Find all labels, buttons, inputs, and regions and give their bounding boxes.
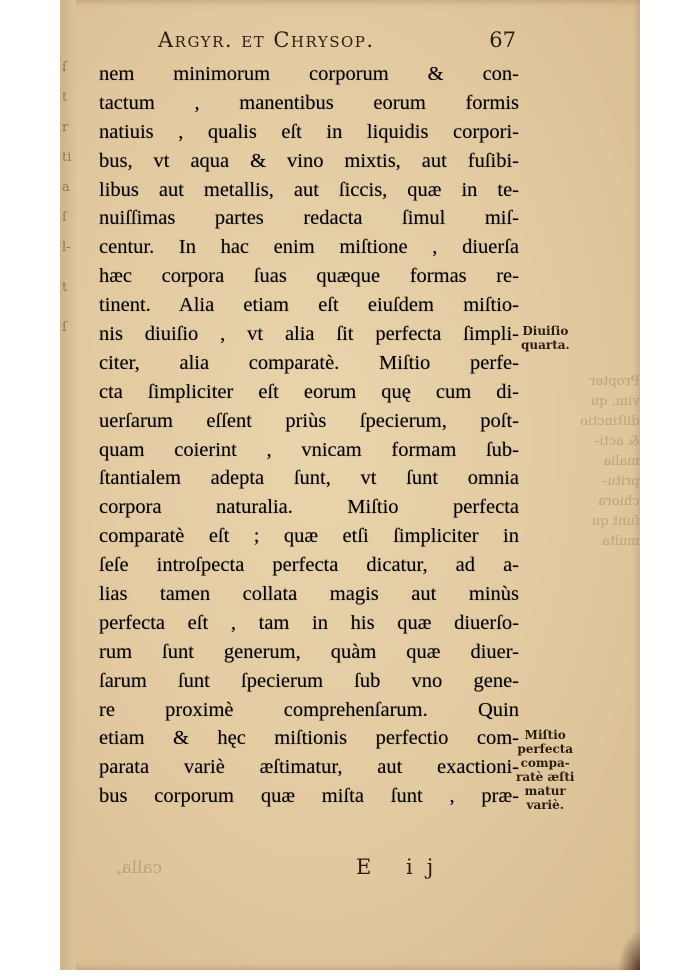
page-number: 67 <box>489 28 516 52</box>
bleed-through-right: Propter vim, qu diſtinctio & acti- malia… <box>580 372 640 552</box>
text-line: parata variè æſtimatur, aut exactioni- <box>99 753 519 782</box>
text-line: lias tamen collata magis aut minùs <box>99 580 519 609</box>
bleed-line: ſunt qu <box>580 512 640 532</box>
text-line: corpora naturalia. Miſtio perfecta <box>99 493 519 522</box>
marginal-line: Miſtio <box>516 728 574 742</box>
marginal-line: compa- <box>516 756 574 770</box>
marginal-line: quarta. <box>521 338 570 352</box>
text-line: centur. In hac enim miſtione , diuerſa <box>99 233 519 262</box>
body-text: nem minimorum corporum & con- tactum , m… <box>99 60 519 811</box>
text-line: perfecta eſt , tam in his quæ diuerſo- <box>99 609 519 638</box>
bleed-line: chiora <box>580 492 640 512</box>
text-line: ſarum ſunt ſpecierum ſub vno gene- <box>99 667 519 696</box>
running-title: Argyr. et Chrysop. <box>158 28 375 52</box>
text-line: uerſarum eſſent priùs ſpecierum, poſt- <box>99 407 519 436</box>
bleed-line: vim, qu <box>580 392 640 412</box>
marginal-line: ratè æſti <box>516 770 574 784</box>
bleed-line: multa <box>580 532 640 552</box>
book-page: ſtr tiaſ l-tſ Argyr. et Chrysop. 67 nem … <box>60 0 640 970</box>
text-line: nis diuiſio , vt alia ſit perfecta ſimpl… <box>99 320 519 349</box>
text-line: cta ſimpliciter eſt eorum quę cum di- <box>99 378 519 407</box>
signature-mark: E ij <box>356 855 447 879</box>
text-line: re proximè comprehenſarum. Quin <box>99 696 519 725</box>
marginal-line: matur <box>516 784 574 798</box>
text-line: etiam & hęc miſtionis perfectio com- <box>99 724 519 753</box>
text-line: hæc corpora ſuas quæque formas re- <box>99 262 519 291</box>
text-line: citer, alia comparatè. Miſtio perfe- <box>99 349 519 378</box>
bleed-line: diſtinctio <box>580 412 640 432</box>
bleed-line: malia <box>580 452 640 472</box>
marginal-note-divisio: Diuiſio quarta. <box>521 324 570 352</box>
text-line: natiuis , qualis eſt in liquidis corpori… <box>99 118 519 147</box>
bleed-through-bottom: calla, <box>116 858 162 878</box>
marginal-line: Diuiſio <box>521 324 570 338</box>
text-line: quam coierint , vnicam formam ſub- <box>99 436 519 465</box>
text-line: libus aut metallis, aut ſiccis, quæ in t… <box>99 176 519 205</box>
text-line: tactum , manentibus eorum formis <box>99 89 519 118</box>
page-corner-shadow <box>618 930 640 970</box>
marginal-line: variè. <box>516 798 574 812</box>
marginal-line: perfecta <box>516 742 574 756</box>
bleed-line: & acti- <box>580 432 640 452</box>
text-line: rum ſunt generum, quàm quæ diuer- <box>99 638 519 667</box>
previous-page-edge: ſtr tiaſ l-tſ <box>60 0 76 970</box>
text-line: ſtantialem adepta ſunt, vt ſunt omnia <box>99 464 519 493</box>
marginal-note-mistio: Miſtio perfecta compa- ratè æſti matur v… <box>516 728 574 812</box>
bleed-line: pritu- <box>580 472 640 492</box>
text-line: tinent. Alia etiam eſt eiuſdem miſtio- <box>99 291 519 320</box>
text-line: bus corporum quæ miſta ſunt , præ- <box>99 782 519 811</box>
text-line: nem minimorum corporum & con- <box>99 60 519 89</box>
page-header: Argyr. et Chrysop. 67 <box>158 28 516 54</box>
text-line: nuiſſimas partes redacta ſimul miſ- <box>99 204 519 233</box>
text-line: ſeſe introſpecta perfecta dicatur, ad a- <box>99 551 519 580</box>
bleed-line: Propter <box>580 372 640 392</box>
text-line: bus, vt aqua & vino mixtis, aut fuſibi- <box>99 147 519 176</box>
text-line: comparatè eſt ; quæ etſi ſimpliciter in <box>99 522 519 551</box>
